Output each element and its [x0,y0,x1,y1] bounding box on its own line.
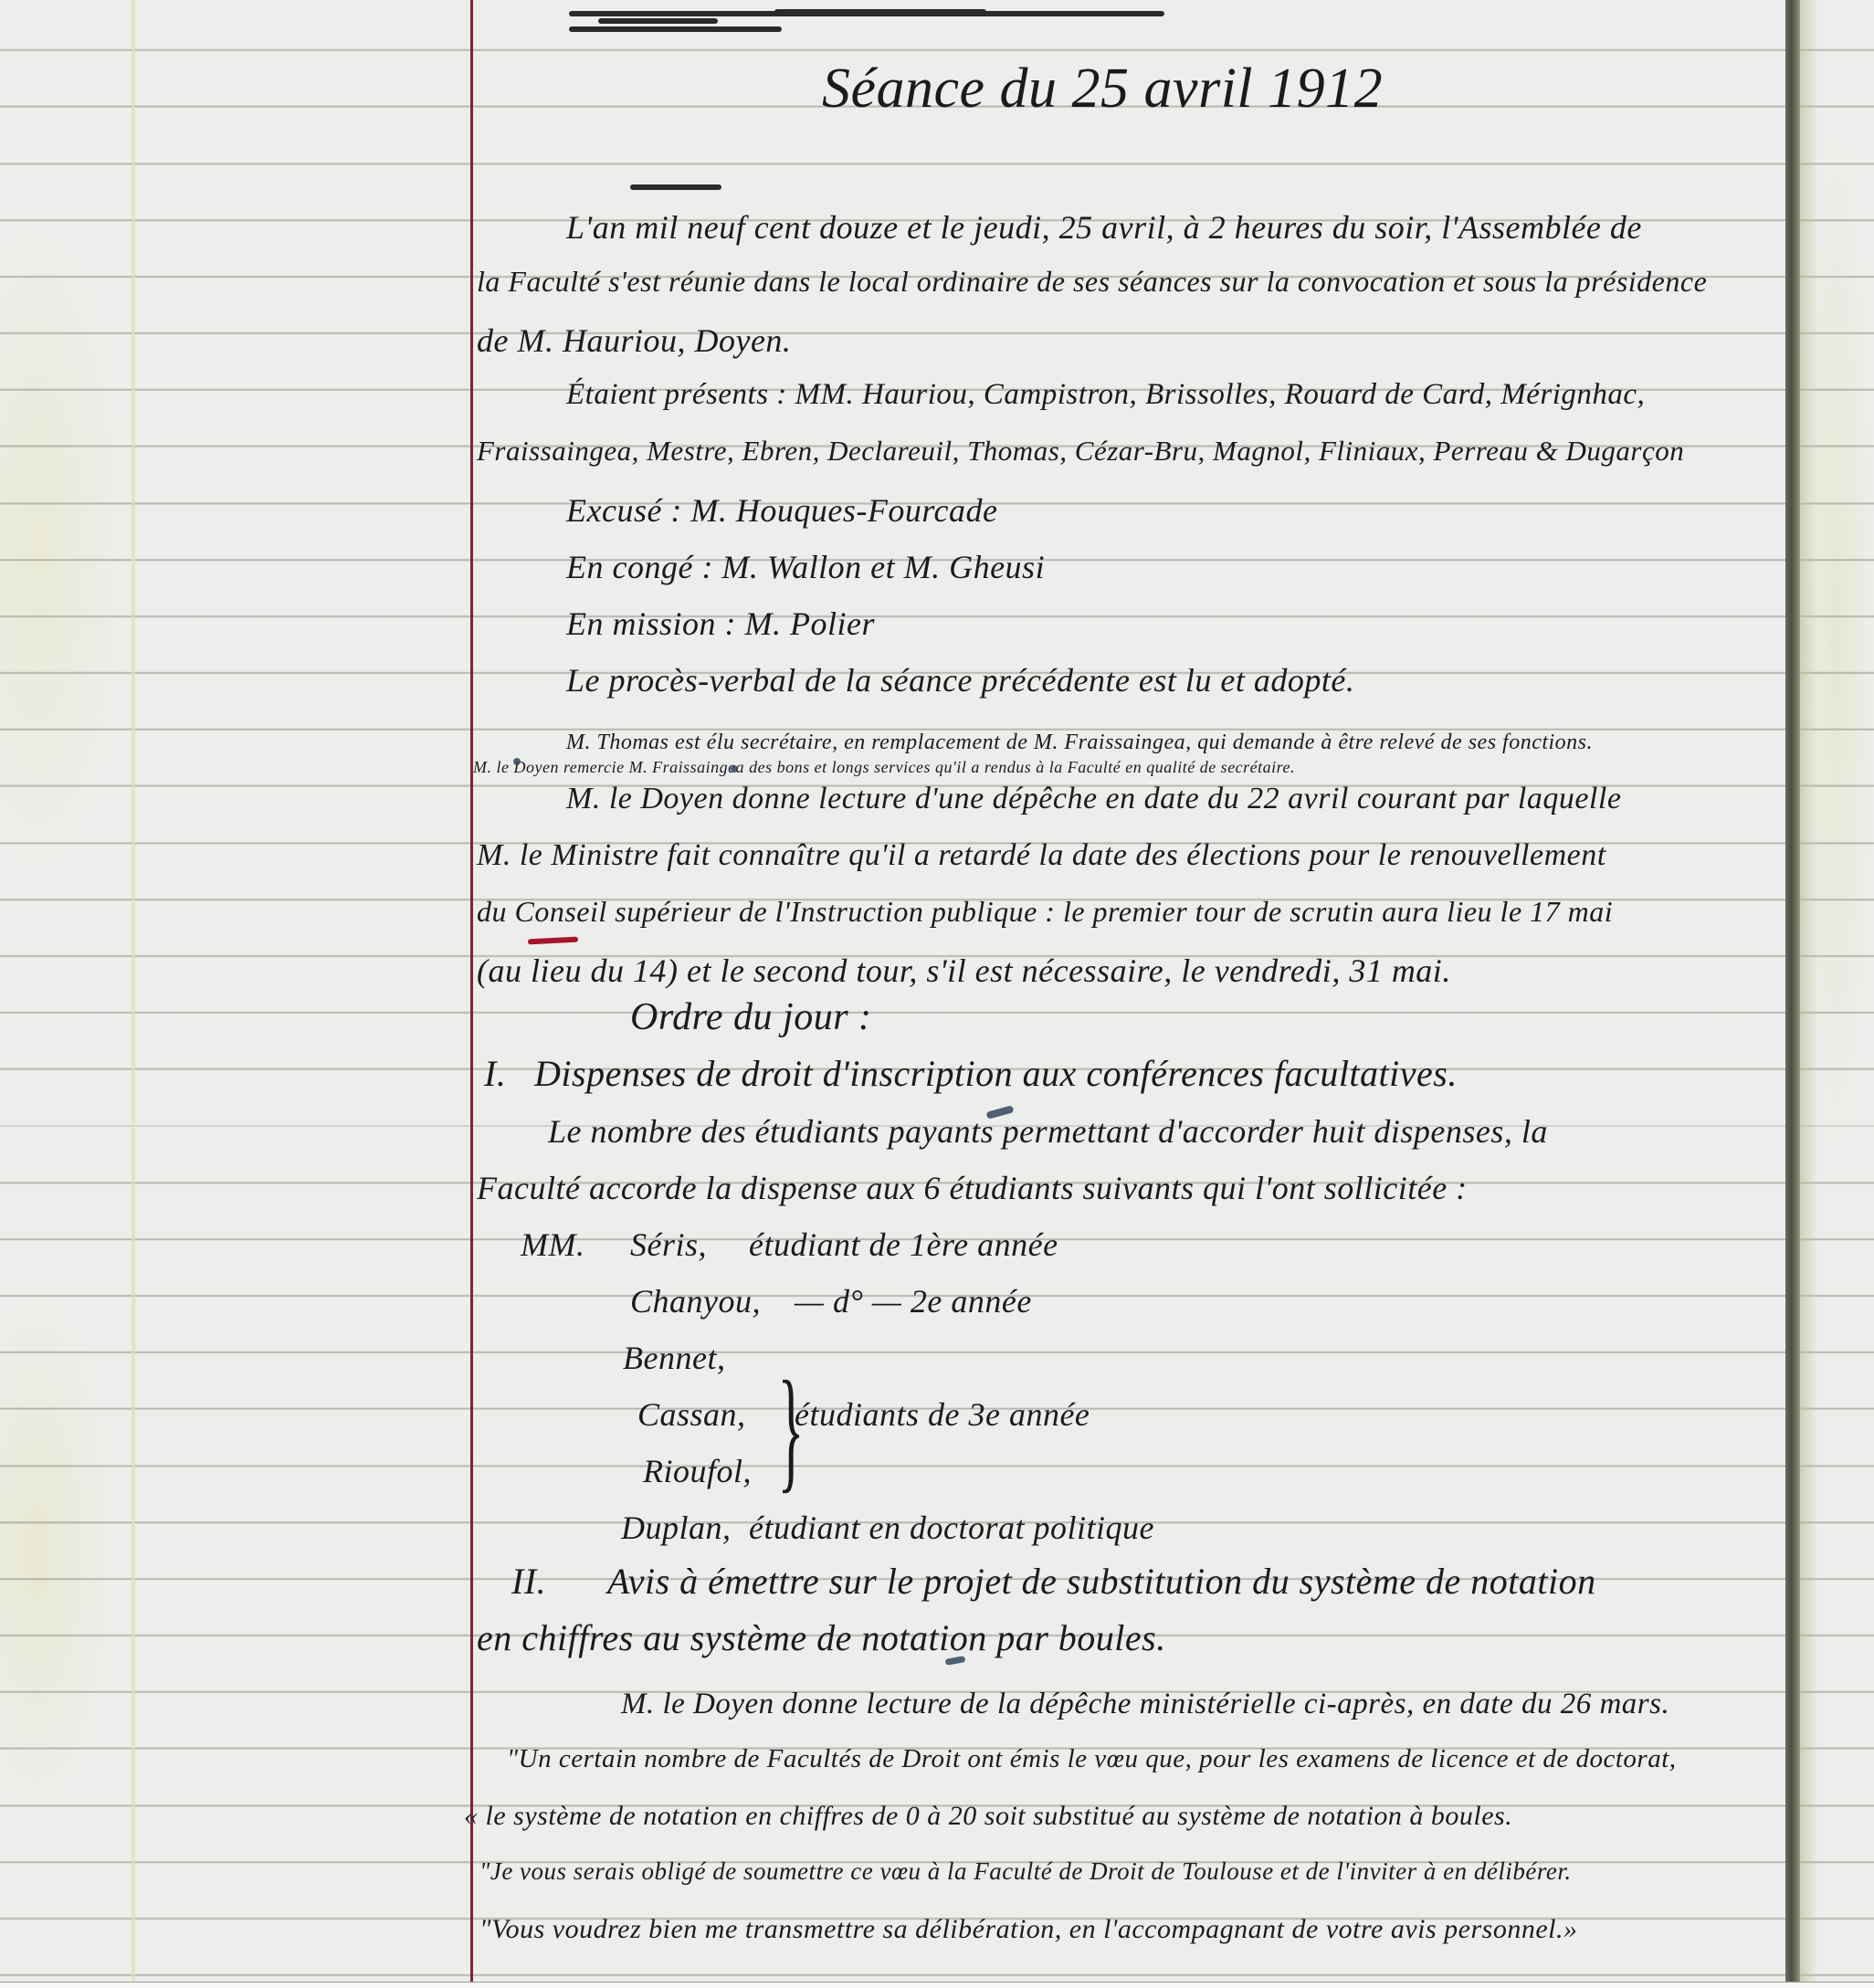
title-underline [630,184,721,190]
dispatch-line-1: M. le Doyen donne lecture d'une dépêche … [566,782,1621,816]
student-status: étudiants de 3e année [795,1395,1090,1434]
student-status: étudiant en doctorat politique [749,1509,1154,1547]
student-name: Bennet, [623,1339,725,1377]
item-2-body-line-1: M. le Doyen donne lecture de la dépêche … [621,1688,1669,1721]
student-name: Rioufol, [643,1452,752,1490]
dispatch-line-2: M. le Ministre fait connaître qu'il a re… [477,838,1606,873]
on-mission-line: En mission : M. Polier [566,605,875,643]
register-page: Séance du 25 avril 1912 L'an mil neuf ce… [0,0,1874,1983]
header-rule-1 [772,11,1164,16]
header-double-rule-b [598,18,718,24]
ink-blot [513,758,521,765]
secretary-line-1: M. Thomas est élu secrétaire, en remplac… [566,731,1593,755]
present-line-1: Étaient présents : MM. Hauriou, Campistr… [566,378,1645,412]
student-name: Duplan, [621,1509,732,1547]
students-prefix: MM. [521,1225,584,1264]
session-title: Séance du 25 avril 1912 [822,57,1383,121]
opening-line-3: de M. Hauriou, Doyen. [477,321,791,360]
header-double-rule-a [569,11,782,16]
item-2-quote-line-2: « le système de notation en chiffres de … [464,1801,1512,1832]
item-2-title-line-2: en chiffres au système de notation par b… [477,1616,1166,1659]
header-double-rule-c [569,26,782,32]
student-status: étudiant de 1ère année [749,1225,1058,1264]
on-leave-line: En congé : M. Wallon et M. Gheusi [566,548,1045,586]
item-1-title: Dispenses de droit d'inscription aux con… [534,1052,1458,1095]
item-2-quote-line-3: "Je vous serais obligé de soumettre ce v… [479,1857,1572,1886]
opening-line-2: la Faculté s'est réunie dans le local or… [477,265,1707,299]
item-2-number: II. [511,1560,546,1603]
opening-line-1: L'an mil neuf cent douze et le jeudi, 25… [566,208,1642,247]
item-1-number: I. [484,1052,506,1095]
student-name: Cassan, [637,1395,746,1434]
student-status: — d° — 2e année [795,1282,1032,1320]
page-bottom-edge [0,1982,1874,1988]
dispatch-line-4: (au lieu du 14) et le second tour, s'il … [477,952,1451,990]
secretary-line-2: M. le Doyen remercie M. Fraissaingea des… [473,758,1295,777]
present-line-2: Fraissaingea, Mestre, Ebren, Declareuil,… [477,435,1684,468]
page-binding-edge [1785,0,1800,1983]
agenda-heading: Ordre du jour : [630,995,872,1039]
item-1-body-line-1: Le nombre des étudiants payants permetta… [548,1112,1548,1151]
student-name: Séris, [630,1225,707,1264]
item-2-quote-line-1: "Un certain nombre de Facultés de Droit … [507,1744,1677,1774]
item-1-body-line-2: Faculté accorde la dispense aux 6 étudia… [477,1169,1468,1207]
faint-vertical-line [132,0,135,1983]
ink-blot [731,765,738,773]
excused-line: Excusé : M. Houques-Fourcade [566,491,998,530]
dispatch-line-3: du Conseil supérieur de l'Instruction pu… [477,895,1613,929]
student-name: Chanyou, [630,1282,761,1320]
binding-shadow [1800,0,1818,1983]
item-2-title-line-1: Avis à émettre sur le projet de substitu… [607,1560,1596,1603]
minutes-adopted-line: Le procès-verbal de la séance précédente… [566,661,1354,699]
item-2-quote-line-4: "Vous voudrez bien me transmettre sa dél… [479,1914,1577,1945]
red-margin-line [470,0,473,1983]
